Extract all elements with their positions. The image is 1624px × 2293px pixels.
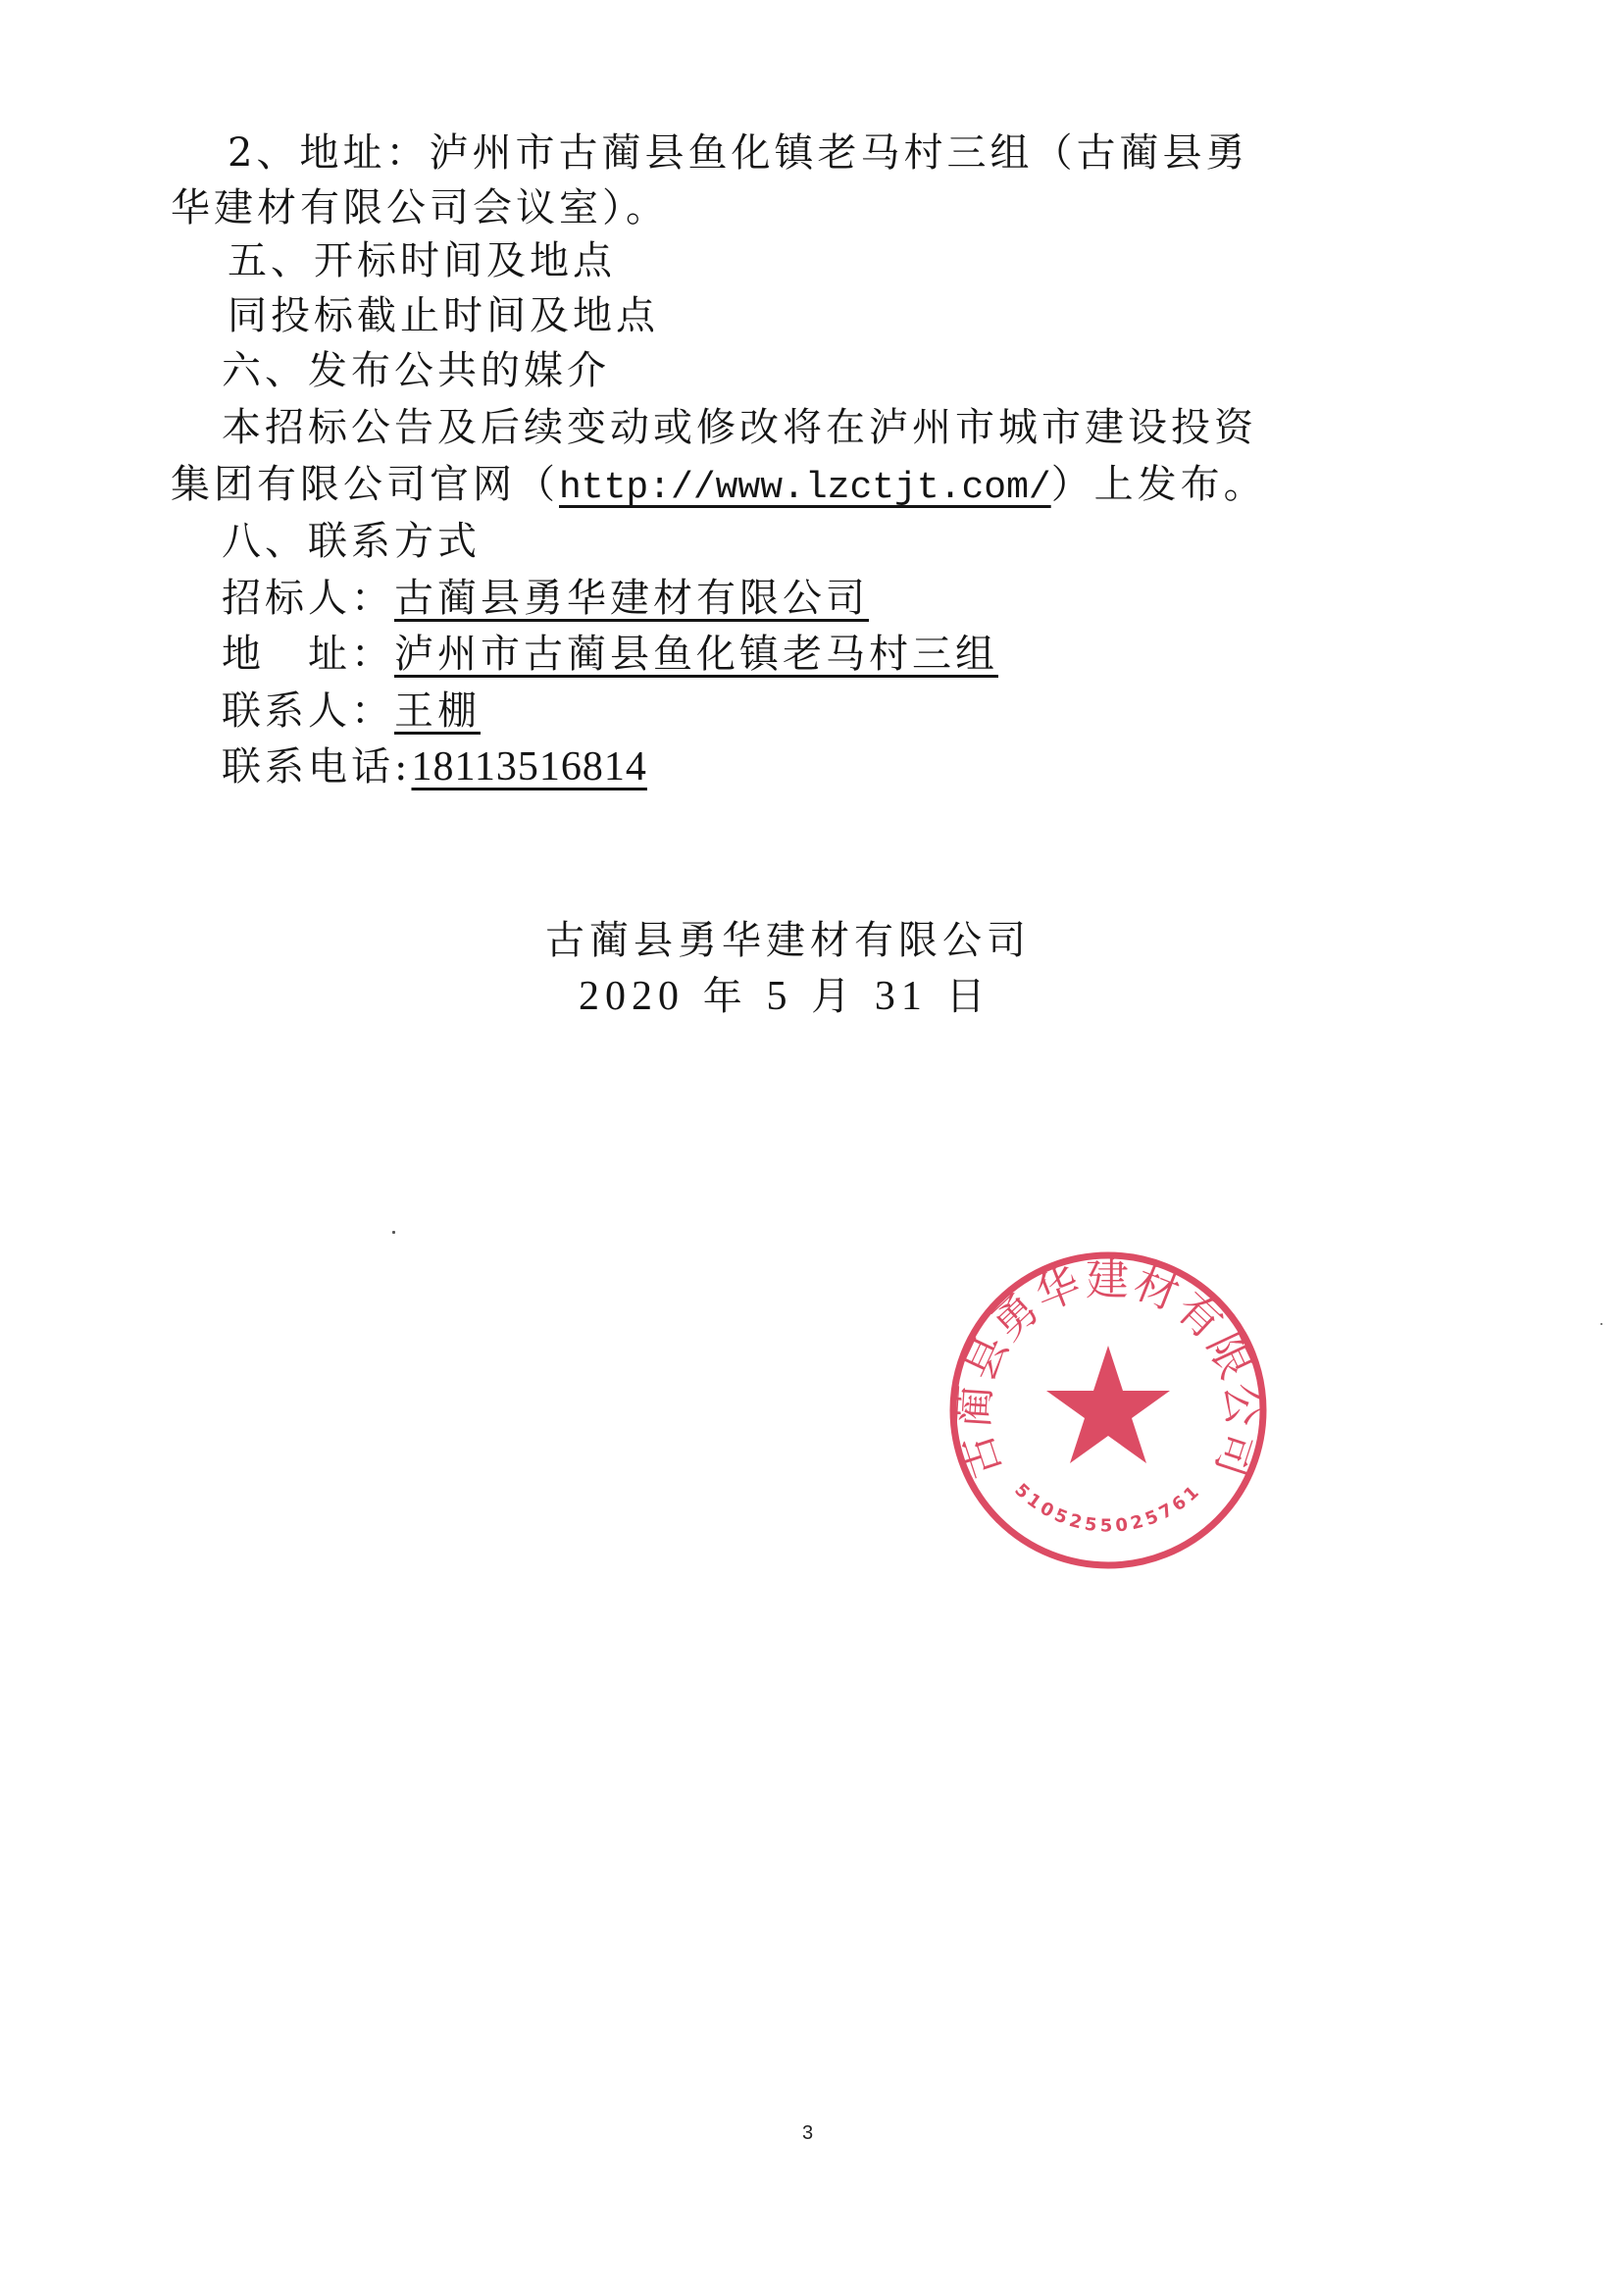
date-month: 5: [766, 974, 792, 1019]
paragraph-bid-opening: 同投标截止时间及地点: [228, 292, 659, 339]
publish-suffix: ）上发布。: [1051, 462, 1267, 507]
date-day: 31: [875, 974, 928, 1019]
company-seal-stamp: 古蔺县勇华建材有限公司 5105255025761: [941, 1244, 1275, 1577]
address-label: 地 址：: [222, 632, 394, 677]
signature-date: 2020 年 5 月 31 日: [579, 973, 991, 1020]
document-page: 2、地址：泸州市古蔺县鱼化镇老马村三组（古蔺县勇 华建材有限公司会议室）。 五、…: [0, 0, 1624, 2293]
phone-label: 联系电话:: [222, 744, 411, 790]
scan-speck: [392, 1231, 395, 1234]
page-number: 3: [802, 2122, 813, 2145]
phone-value: 18113516814: [411, 744, 646, 790]
heading-contact: 八、联系方式: [222, 518, 481, 565]
scan-speck: [1600, 1323, 1602, 1325]
person-value: 王棚: [394, 688, 481, 734]
date-day-unit: 日: [946, 974, 991, 1019]
tenderer-label: 招标人：: [222, 576, 394, 621]
paragraph-address-line2: 华建材有限公司会议室）。: [171, 184, 669, 231]
contact-phone: 联系电话:18113516814: [222, 743, 647, 790]
contact-person: 联系人：王棚: [222, 688, 481, 735]
website-link[interactable]: http://www.lzctjt.com/: [559, 467, 1051, 509]
paragraph-publish-line1: 本招标公告及后续变动或修改将在泸州市城市建设投资: [222, 404, 1257, 451]
contact-tenderer: 招标人：古蔺县勇华建材有限公司: [222, 575, 869, 622]
tenderer-value: 古蔺县勇华建材有限公司: [394, 576, 869, 621]
person-label: 联系人：: [222, 688, 394, 734]
heading-publish-media: 六、发布公共的媒介: [222, 347, 610, 394]
heading-bid-opening: 五、开标时间及地点: [228, 237, 616, 284]
seal-code: 5105255025761: [1010, 1480, 1205, 1537]
signature-company: 古蔺县勇华建材有限公司: [545, 917, 1031, 964]
date-month-unit: 月: [811, 974, 856, 1019]
publish-prefix: 集团有限公司官网（: [171, 462, 559, 507]
address-value: 泸州市古蔺县鱼化镇老马村三组: [394, 632, 998, 677]
date-year: 2020: [579, 974, 685, 1019]
date-year-unit: 年: [703, 974, 748, 1019]
contact-address: 地 址：泸州市古蔺县鱼化镇老马村三组: [222, 631, 998, 678]
star-icon: [1046, 1346, 1170, 1463]
paragraph-publish-line2: 集团有限公司官网（http://www.lzctjt.com/）上发布。: [171, 461, 1267, 512]
paragraph-address-line1: 2、地址：泸州市古蔺县鱼化镇老马村三组（古蔺县勇: [228, 129, 1248, 177]
